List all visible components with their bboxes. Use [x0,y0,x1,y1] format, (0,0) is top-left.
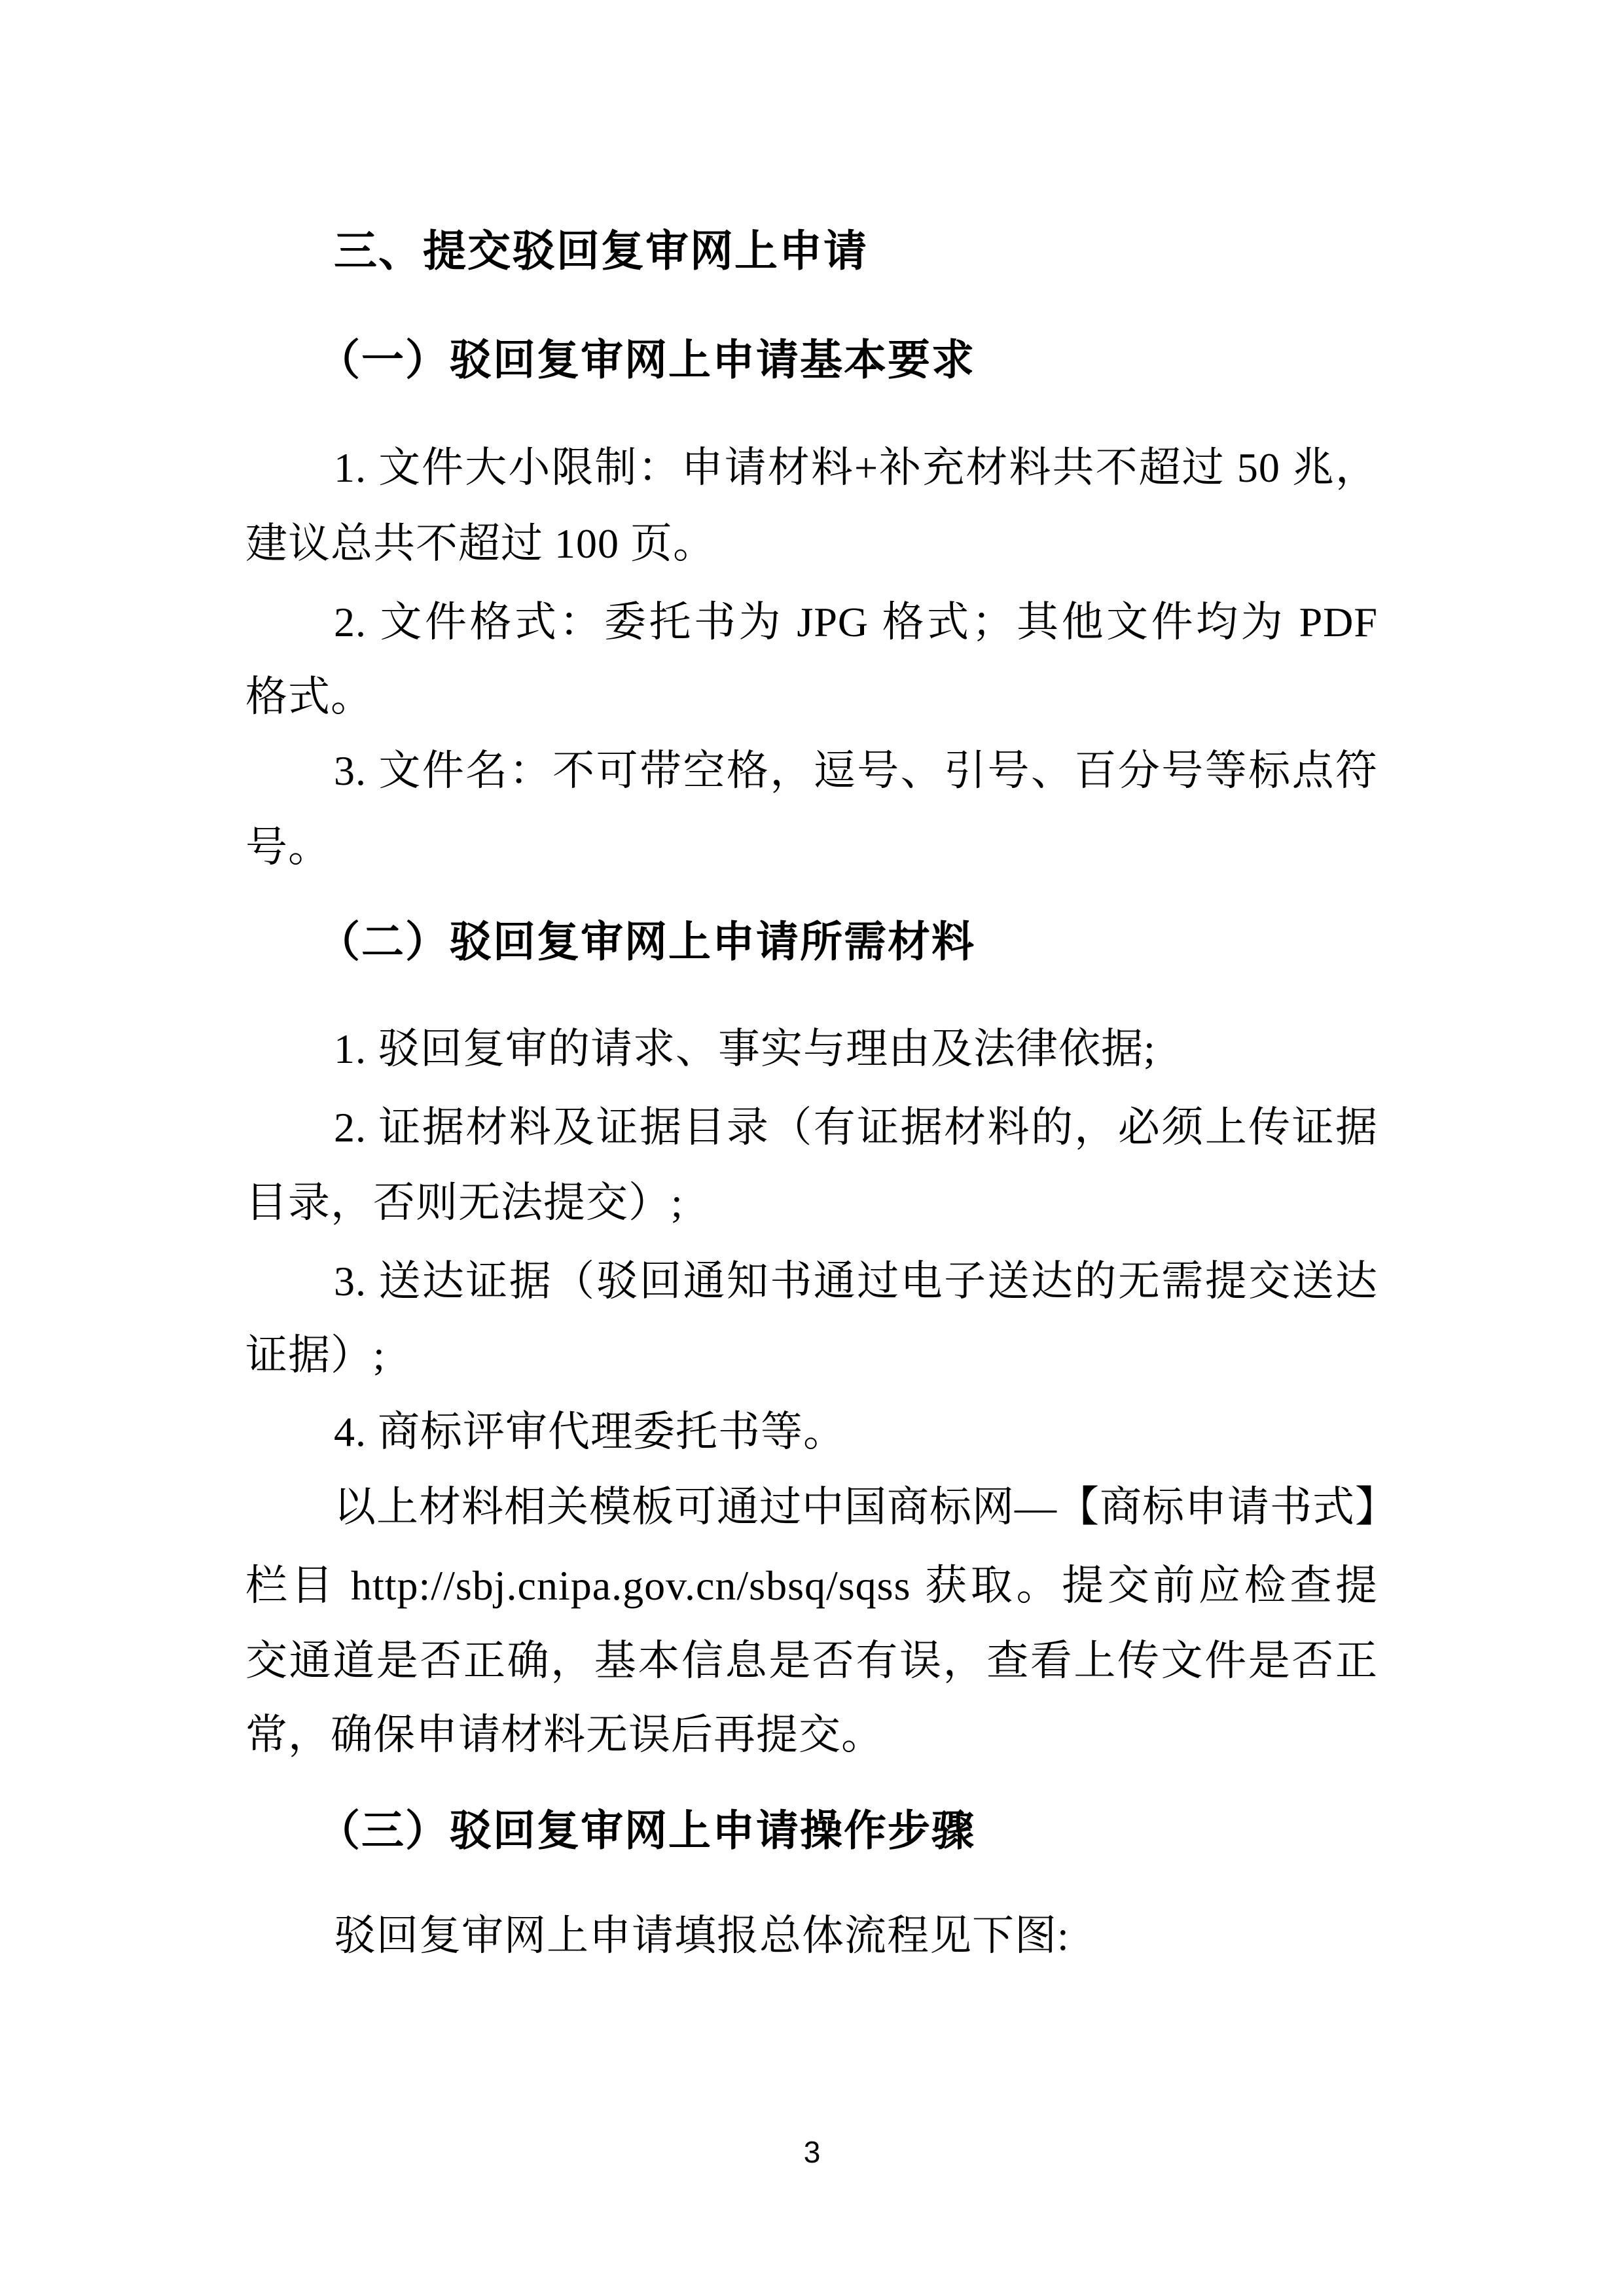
section-2-para-line-3: 交通道是否正确，基本信息是否有误，查看上传文件是否正 [245,1638,1378,1687]
section-2-para-line-2: 栏目 http://sbj.cnipa.gov.cn/sbsq/sqss 获取。… [245,1562,1378,1612]
main-heading: 三、提交驳回复审网上申请 [334,227,868,277]
page-number: 3 [0,2128,1624,2178]
section-2-para-line-4: 常，确保申请材料无误后再提交。 [245,1712,884,1761]
section-2-item-4: 4. 商标评审代理委托书等。 [334,1408,846,1458]
section-1-item-1-line-1: 1. 文件大小限制：申请材料+补充材料共不超过 50 兆， [245,444,1378,494]
section-2-heading: （二）驳回复审网上申请所需材料 [317,919,975,969]
section-2-item-2-line-2: 目录，否则无法提交）; [245,1179,683,1229]
section-2-item-3-line-1: 3. 送达证据（驳回通知书通过电子送达的无需提交送达 [245,1258,1378,1308]
section-1-item-2-line-2: 格式。 [245,673,373,723]
section-2-item-2-line-1: 2. 证据材料及证据目录（有证据材料的，必须上传证据 [245,1104,1378,1154]
section-1-heading: （一）驳回复审网上申请基本要求 [317,337,975,387]
section-2-item-1: 1. 驳回复审的请求、事实与理由及法律依据; [334,1026,1156,1075]
section-1-item-1-line-2: 建议总共不超过 100 页。 [245,520,715,570]
section-3-para: 驳回复审网上申请填报总体流程见下图: [334,1912,1070,1962]
section-1-item-2-line-1: 2. 文件格式：委托书为 JPG 格式；其他文件均为 PDF [245,599,1378,649]
section-1-item-3-line-1: 3. 文件名：不可带空格，逗号、引号、百分号等标点符 [245,747,1378,797]
section-1-item-3-line-2: 号。 [245,824,331,874]
document-page: 三、提交驳回复审网上申请 （一）驳回复审网上申请基本要求 1. 文件大小限制：申… [0,0,1624,2296]
section-2-para-line-1: 以上材料相关模板可通过中国商标网—【商标申请书式】 [245,1484,1378,1534]
section-2-item-3-line-2: 证据）; [245,1332,386,1382]
section-3-heading: （三）驳回复审网上申请操作步骤 [317,1808,975,1857]
